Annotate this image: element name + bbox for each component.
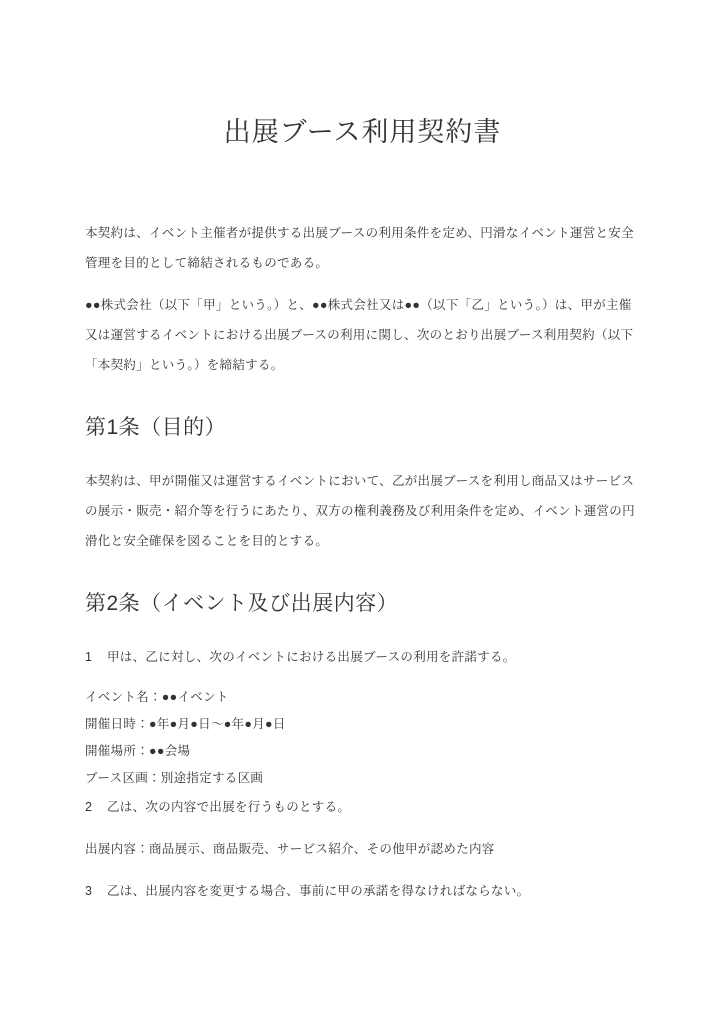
article-2-clause-1: 1甲は、乙に対し、次のイベントにおける出展ブースの利用を許諾する。 (85, 642, 640, 672)
clause-1-number: 1 (85, 642, 107, 672)
article-1-body: 本契約は、甲が開催又は運営するイベントにおいて、乙が出展ブースを利用し商品又はサ… (85, 466, 640, 556)
article-2: 第2条（イベント及び出展内容） 1甲は、乙に対し、次のイベントにおける出展ブース… (85, 588, 640, 906)
article-1: 第1条（目的） 本契約は、甲が開催又は運営するイベントにおいて、乙が出展ブースを… (85, 412, 640, 556)
preamble-paragraph-1: 本契約は、イベント主催者が提供する出展ブースの利用条件を定め、円滑なイベント運営… (85, 218, 640, 278)
booth-section-line: ブース区画：別途指定する区画 (85, 765, 640, 792)
article-1-heading: 第1条（目的） (85, 412, 640, 444)
event-details-block: イベント名：●●イベント 開催日時：●年●月●日～●年●月●日 開催場所：●●会… (85, 684, 640, 792)
clause-1-text: 甲は、乙に対し、次のイベントにおける出展ブースの利用を許諾する。 (107, 650, 516, 664)
clause-3-text: 乙は、出展内容を変更する場合、事前に甲の承諾を得なければならない。 (107, 884, 529, 898)
exhibit-contents-line: 出展内容：商品展示、商品販売、サービス紹介、その他甲が認めた内容 (85, 834, 640, 864)
event-venue-line: 開催場所：●●会場 (85, 738, 640, 765)
document-page: 出展ブース利用契約書 本契約は、イベント主催者が提供する出展ブースの利用条件を定… (0, 0, 724, 1024)
article-2-clause-3: 3乙は、出展内容を変更する場合、事前に甲の承諾を得なければならない。 (85, 876, 640, 906)
preamble-paragraph-2: ●●株式会社（以下「甲」という。）と、●●株式会社又は●●（以下「乙」という。）… (85, 290, 640, 380)
clause-2-number: 2 (85, 792, 107, 822)
clause-2-text: 乙は、次の内容で出展を行うものとする。 (107, 800, 350, 814)
document-title: 出展ブース利用契約書 (85, 112, 640, 152)
article-2-clause-2: 2乙は、次の内容で出展を行うものとする。 (85, 792, 640, 822)
clause-3-number: 3 (85, 876, 107, 906)
event-name-line: イベント名：●●イベント (85, 684, 640, 711)
document-content: 出展ブース利用契約書 本契約は、イベント主催者が提供する出展ブースの利用条件を定… (0, 0, 724, 906)
event-datetime-line: 開催日時：●年●月●日～●年●月●日 (85, 711, 640, 738)
article-2-heading: 第2条（イベント及び出展内容） (85, 588, 640, 620)
